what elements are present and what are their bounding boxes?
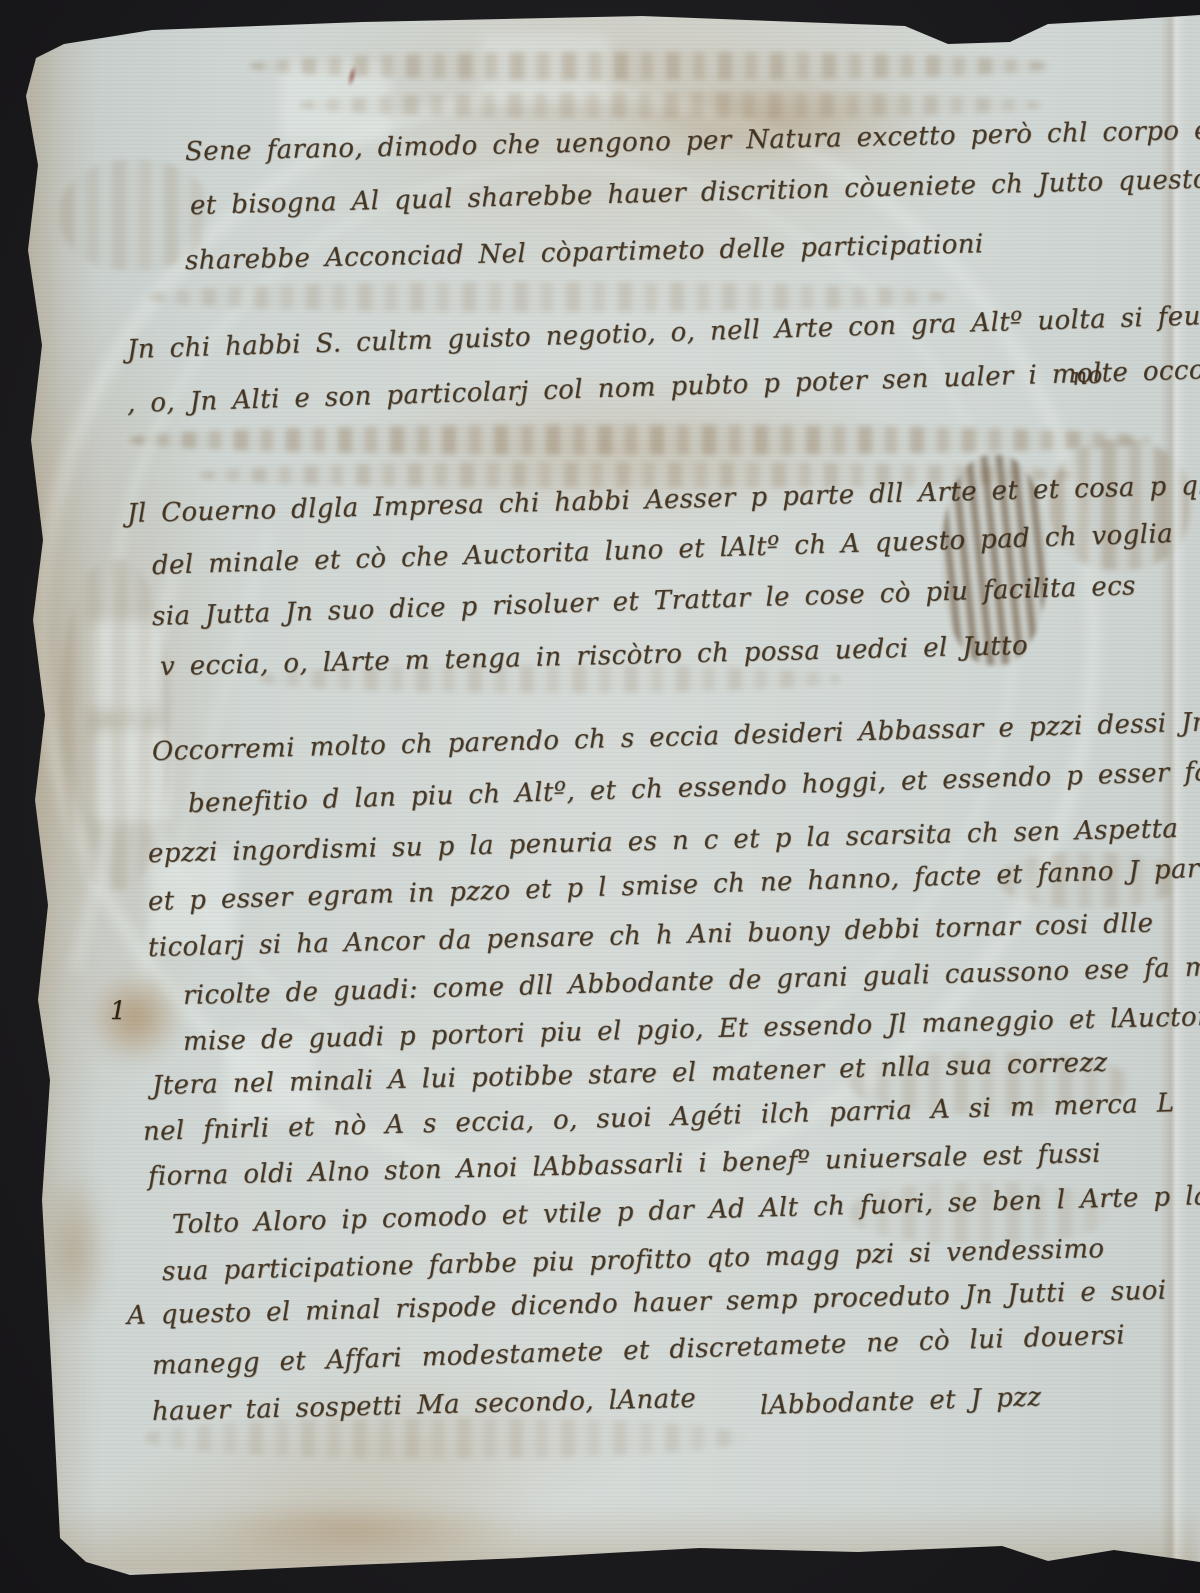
manuscript-line: sua participatione farbbe piu profitto q… — [162, 1235, 1105, 1287]
manuscript-line: ricolte de guadi: come dll Abbodante de … — [183, 952, 1200, 1011]
manuscript-line: ticolarj si ha Ancor da pensare ch h Ani… — [148, 909, 1154, 962]
manuscript-line: hauer tai sospetti Ma secondo, lAnate — [152, 1385, 697, 1427]
ink-blot — [27, 1524, 55, 1550]
manuscript-line: del minale et cò che Auctorita luno et l… — [152, 520, 1174, 581]
manuscript-line: sharebbe Acconciad Nel còpartimeto delle… — [185, 230, 984, 275]
manuscript-line: nel fnirli et nò A s eccia, o, suoi Agét… — [143, 1089, 1175, 1146]
manuscript-line: Jtera nel minali A lui potibbe stare el … — [152, 1049, 1108, 1101]
stain — [70, 955, 200, 1080]
manuscript-line: Jl Couerno dlgla Impresa chi habbi Aesse… — [127, 471, 1200, 529]
manuscript-line: sia Jutta Jn suo dice p risoluer et Trat… — [152, 572, 1137, 631]
manuscript-line: Tolto Aloro ip comodo et vtile p dar Ad … — [172, 1182, 1200, 1240]
manuscript-line: A questo el minal rispode dicendo hauer … — [127, 1277, 1167, 1331]
stain — [560, 60, 990, 180]
manuscript-line: Sene farano, dimodo che uengono per Natu… — [185, 116, 1200, 166]
stain — [150, 1490, 570, 1570]
stamp-bleed-letter-shape — [280, 60, 390, 140]
stamp-bleed-letter-shape — [480, 34, 610, 104]
manuscript-line: v eccia, o, lArte m tenga in riscòtro ch… — [160, 632, 1029, 682]
show-through-band — [150, 282, 950, 312]
ink-speck — [344, 61, 360, 91]
margin-mark: 1 — [110, 996, 126, 1025]
edge-discoloration-left — [24, 30, 96, 1570]
photograph-background: { "page": { "background_color": "#1d1c1f… — [0, 0, 1200, 1593]
show-through-band — [300, 92, 1040, 118]
show-through-band — [250, 52, 1050, 80]
manuscript-line: et bisogna Al qual sharebbe hauer discri… — [190, 165, 1200, 220]
manuscript-line: manegg et Affari modestamete et discreta… — [152, 1321, 1126, 1380]
manuscript-line: lAbbodante et J pzz — [760, 1383, 1042, 1420]
manuscript-line: Occorremi molto ch parendo ch s eccia de… — [152, 708, 1200, 766]
manuscript-line: fiorna oldi Alno ston Anoi lAbbassarli i… — [148, 1140, 1102, 1192]
manuscript-line: Jn chi habbi S. cultm guisto negotio, o,… — [127, 302, 1200, 364]
manuscript-line: benefitio d lan piu ch Altº, et ch essen… — [188, 755, 1200, 818]
manuscript-page: Sene farano, dimodo che uengono per Natu… — [0, 0, 1200, 1593]
fold-crease — [1160, 16, 1186, 1562]
show-through-band — [130, 425, 1150, 455]
edge-discoloration-bottom — [40, 1505, 1200, 1575]
stain — [30, 1140, 120, 1360]
manuscript-line: , o, Jn Alti e son particolarj col nom p… — [127, 355, 1200, 419]
stamp-bleed-letter-shape — [88, 620, 160, 710]
